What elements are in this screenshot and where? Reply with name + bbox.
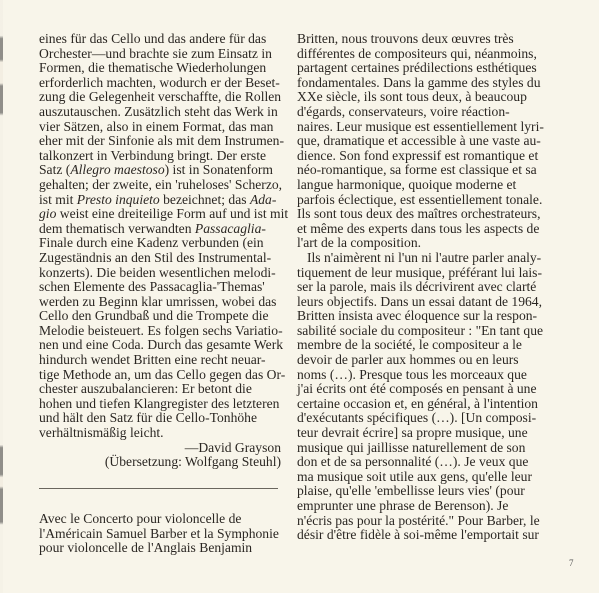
text-line: partagent certaines prédilections esthét… (297, 61, 547, 76)
italic-tempo-marking: gio (39, 206, 56, 221)
text-line: talkonzert in Verbindung bringt. Der ers… (39, 149, 281, 164)
italic-tempo-marking: Allegro maestoso (70, 162, 164, 177)
text-line: und hält den Satz für die Cello-Tonhöhe (39, 411, 281, 426)
text-line: XXe siècle, ils sont tous deux, à beauco… (297, 90, 547, 105)
text-line: ser la parole, mais ils décrivirent avec… (297, 280, 547, 295)
text-line: Finale durch eine Kadenz verbunden (ein (39, 236, 281, 251)
text-line: l'Américain Samuel Barber et la Symphoni… (39, 527, 281, 542)
text-line: ma musique soit utile aux gens, qu'elle … (297, 470, 547, 485)
text-line: verhältnismäßig leicht. (39, 426, 281, 441)
text-line: Britten, nous trouvons deux œuvres très (297, 32, 547, 47)
text-line: auszutauschen. Zusätzlich steht das Werk… (39, 105, 281, 120)
text-line: emprunter une phrase de Berenson). Je (297, 499, 547, 514)
text-line: plaise, qu'elle 'embellisse leurs vies' … (297, 484, 547, 499)
text-line: tige Methode an, um das Cello gegen das … (39, 368, 281, 383)
text-line: et même des experts dans tous les aspect… (297, 222, 547, 237)
text-line: chester auszubalancieren: Er betont die (39, 382, 281, 397)
section-divider (39, 488, 278, 489)
text-span: dem thematisch verwandten (39, 221, 195, 236)
text-line: langue harmonique, quoique moderne et (297, 178, 547, 193)
text-line: Ils n'aimèrent ni l'un ni l'autre parler… (297, 251, 547, 266)
text-line: schen Elemente des Passacaglia-'Themas' (39, 280, 281, 295)
text-line: pour violoncelle de l'Anglais Benjamin (39, 541, 281, 556)
text-line: gio weist eine dreiteilige Form auf und … (39, 207, 281, 222)
text-line: devoir de parler aux hommes ou en leurs (297, 353, 547, 368)
text-line: désir d'être fidèle à soi-même l'emporta… (297, 528, 547, 543)
page-number: 7 (569, 558, 574, 568)
text-line: différentes de compositeurs qui, néanmoi… (297, 47, 547, 62)
text-line: werden zu Beginn klar umrissen, wobei da… (39, 295, 281, 310)
text-line: l'art de la composition. (297, 236, 547, 251)
text-line: noms (…). Presque tous les morceaux que (297, 368, 547, 383)
text-span: bezeichnet; das (160, 192, 250, 207)
text-line: fondamentales. Dans la gamme des styles … (297, 76, 547, 91)
text-line: Melodie beisteuert. Es folgen sechs Vari… (39, 324, 281, 339)
text-span: weist eine dreiteilige Form auf und ist … (56, 206, 288, 221)
text-line: que, dramatique et accessible à une vast… (297, 134, 547, 149)
text-line: Avec le Concerto pour violoncelle de (39, 512, 281, 527)
text-line: Satz (Allegro maestoso) ist in Sonatenfo… (39, 163, 281, 178)
german-text-column: eines für das Cello und das andere für d… (39, 32, 281, 470)
text-span: ) ist in Sonatenform (165, 162, 273, 177)
text-line: Zugeständnis an den Stil des Instrumenta… (39, 251, 281, 266)
text-line: dem thematisch verwandten Passacaglia- (39, 222, 281, 237)
text-line: néo-romantique, sa forme est classique e… (297, 163, 547, 178)
text-line: musique qui jaillisse naturellement de s… (297, 441, 547, 456)
text-line: erforderlich machten, wodurch er der Bes… (39, 76, 281, 91)
text-line: gehalten; der zweite, ein 'ruheloses' Sc… (39, 178, 281, 193)
text-line: sabilité sociale du compositeur : "En ta… (297, 324, 547, 339)
text-line: ist mit Presto inquieto bezeichnet; das … (39, 193, 281, 208)
text-line: parfois éclectique, est essentiellement … (297, 193, 547, 208)
italic-tempo-marking: Ada- (250, 192, 276, 207)
text-line: d'exécutants spécifiques (…). [Un compos… (297, 411, 547, 426)
text-line: n'écris pas pour la postérité." Pour Bar… (297, 514, 547, 529)
text-line: leurs objectifs. Dans un essai datant de… (297, 295, 547, 310)
text-line: Cello den Grundbaß und die Trompete die (39, 309, 281, 324)
italic-term: Passacaglia- (195, 221, 266, 236)
text-line: membre de la société, le compositeur a l… (297, 338, 547, 353)
text-line: d'égards, conservateurs, voire réaction- (297, 105, 547, 120)
text-line: dience. Son fond expressif est romantiqu… (297, 149, 547, 164)
text-line: zung die Gelegenheit verschaffte, die Ro… (39, 90, 281, 105)
text-line: Britten insista avec éloquence sur la re… (297, 309, 547, 324)
text-line: Orchester—und brachte sie zum Einsatz in (39, 47, 281, 62)
text-line: teur devrait écrire] sa propre musique, … (297, 426, 547, 441)
text-line: naires. Leur musique est essentiellement… (297, 120, 547, 135)
text-line: j'ai écrits ont été composés en pensant … (297, 382, 547, 397)
text-line: eher mit der Sinfonie als mit dem Instru… (39, 134, 281, 149)
text-line: Formen, die thematische Wiederholungen (39, 61, 281, 76)
scan-edge (0, 0, 3, 593)
french-text-column-left: Avec le Concerto pour violoncelle de l'A… (39, 512, 281, 556)
french-text-column-right: Britten, nous trouvons deux œuvres très … (297, 32, 547, 543)
text-line: eines für das Cello und das andere für d… (39, 32, 281, 47)
translator-credit: (Übersetzung: Wolfgang Steuhl) (39, 455, 281, 470)
text-line: certaine occasion et, en général, à l'in… (297, 397, 547, 412)
text-span: Satz ( (39, 162, 70, 177)
text-line: hohen und tiefen Klangregister des letzt… (39, 397, 281, 412)
italic-tempo-marking: Presto inquieto (77, 192, 160, 207)
text-line: Ils sont tous deux des maîtres orchestra… (297, 207, 547, 222)
text-line: tiquement de leur musique, préférant lui… (297, 266, 547, 281)
text-line: nen und eine Coda. Durch das gesamte Wer… (39, 338, 281, 353)
text-line: konzerts). Die beiden wesentlichen melod… (39, 266, 281, 281)
text-line: vier Sätzen, also in einem Format, das m… (39, 120, 281, 135)
text-line: don et de sa personnalité (…). Je veux q… (297, 455, 547, 470)
text-line: hindurch wendet Britten eine recht neuar… (39, 353, 281, 368)
text-span: ist mit (39, 192, 77, 207)
